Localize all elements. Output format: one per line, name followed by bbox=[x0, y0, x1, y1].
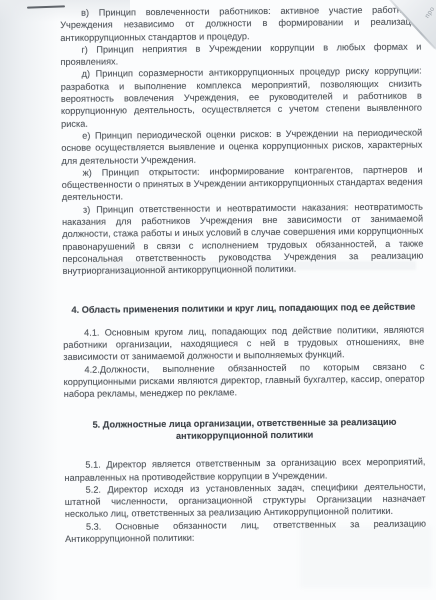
left-scan-shadow bbox=[0, 0, 58, 600]
clause-5-3-paragraph: 5.3. Основные обязанности лиц, ответстве… bbox=[65, 517, 426, 545]
section-5-heading: 5. Должностные лица организации, ответст… bbox=[64, 415, 425, 443]
clause-5-2-paragraph: 5.2. Директор исходя из установленных за… bbox=[65, 480, 426, 520]
section-4-heading: 4. Область применения политики и круг ли… bbox=[63, 300, 424, 316]
principle-z-paragraph: з) Принцип ответственности и неотвратимо… bbox=[62, 200, 424, 277]
principle-d-paragraph: д) Принцип соразмерности антикоррупционн… bbox=[61, 65, 423, 130]
principle-g-paragraph: г) Принцип неприятия в Учреждении корруп… bbox=[60, 40, 421, 68]
principle-zh-paragraph: ж) Принцип открытости: информирование ко… bbox=[62, 163, 423, 203]
clause-4-1-paragraph: 4.1. Основным кругом лиц, попадающих под… bbox=[63, 323, 424, 363]
principle-e-paragraph: е) Принцип периодической оценки рисков: … bbox=[61, 126, 422, 166]
principle-v-paragraph: в) Принцип вовлеченности работников: акт… bbox=[60, 4, 421, 44]
clause-4-2-paragraph: 4.2.Должности, выполнение обязанностей п… bbox=[63, 360, 424, 400]
document-page: в) Принцип вовлеченности работников: акт… bbox=[0, 0, 436, 600]
clause-5-1-paragraph: 5.1. Директор является ответственным за … bbox=[64, 456, 425, 484]
text-column: в) Принцип вовлеченности работников: акт… bbox=[60, 4, 426, 546]
